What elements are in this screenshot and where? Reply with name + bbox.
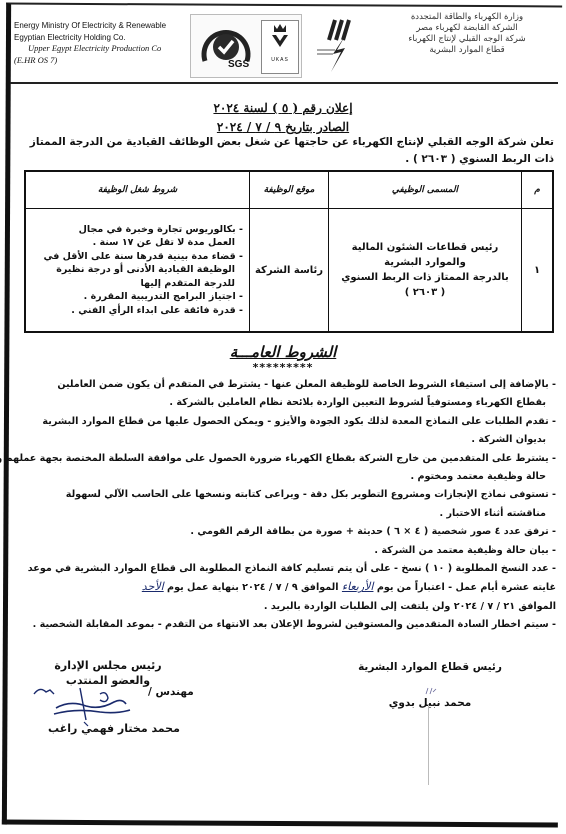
announcement-title-block: إعلان رقم ( ٥ ) لسنة ٢٠٢٤ الصادر بتاريخ …	[0, 97, 566, 135]
deadline-middle: الموافق ٩ / ٧ / ٢٠٢٤ بنهاية عمل يوم	[167, 582, 339, 593]
hr-sector-ar: قطاع الموارد البشرية	[382, 45, 552, 56]
condition-line: - بالإضافة إلى استيفاء الشروط الخاصة للو…	[20, 376, 556, 394]
letterhead-english: Energy Ministry Of Electricity & Renewab…	[14, 20, 189, 66]
general-conditions-title: الشروط العامـــة	[0, 343, 566, 361]
production-company-en: Upper Egypt Electricity Production Co	[14, 43, 189, 55]
production-company-ar: شركة الوجه القبلي لإنتاج الكهرباء	[382, 34, 552, 45]
initials-mark-icon	[424, 686, 438, 696]
header-job-title: المسمى الوظيفي	[329, 171, 522, 209]
deadline-date-line: الموافق ٢١ / ٧ / ٢٠٢٤ ولن يلتفت إلى الطل…	[20, 598, 556, 616]
ukas-label: UKAS	[262, 57, 298, 63]
signatory-title: رئيس قطاع الموارد البشرية	[350, 660, 510, 674]
job-title-line: بالدرجة الممتاز ذات الربط السنوي	[330, 270, 520, 285]
condition-line: - ترفق عدد ٤ صور شخصية ( ٤ × ٦ ) حديثة +…	[20, 523, 556, 541]
table-row: ١ رئيس قطاعات الشئون المالية والموارد ال…	[25, 209, 553, 333]
certification-logos: SGS UKAS	[190, 14, 302, 78]
engineer-prefix: مهندس /	[148, 686, 194, 698]
condition-line: - يشترط على المتقدمين من خارج الشركة بقط…	[20, 450, 556, 468]
header-divider	[10, 82, 558, 84]
condition-line: - بيان حالة وظيفية معتمد من الشركة .	[20, 542, 556, 560]
chairman-name: محمد مختار فهمي راغب	[44, 722, 184, 735]
handwritten-start-day: الأربعاء	[342, 580, 374, 593]
table-header-row: م المسمى الوظيفي موقع الوظيفة شروط شغل ا…	[25, 171, 553, 209]
deadline-line: غايته عشرة أيام عمل - اعتباراً من يوم ال…	[20, 578, 556, 597]
requirement-line: - قضاء مدة بينية قدرها سنة على الأقل في	[32, 250, 243, 263]
condition-line: حالة وظيفية معتمد ومختوم .	[20, 468, 556, 486]
condition-line: - عدد النسخ المطلوبة ( ١٠ ) نسخ - على أن…	[20, 560, 556, 578]
announcement-intro: تعلن شركة الوجه القبلي لإنتاج الكهرباء ع…	[22, 134, 554, 168]
condition-line: - سيتم اخطار السادة المتقدمين والمستوفين…	[20, 616, 556, 634]
signature-guide-line	[428, 705, 429, 785]
company-lightning-logo-icon	[315, 16, 365, 74]
ministry-name-ar: وزارة الكهرباء والطاقة المتجددة	[382, 12, 552, 23]
job-title-line: رئيس قطاعات الشئون المالية	[330, 240, 520, 255]
announcement-number: إعلان رقم ( ٥ ) لسنة ٢٠٢٤	[213, 100, 352, 116]
holding-company-en: Egyptian Electricity Holding Co.	[14, 32, 189, 44]
announcement-date: الصادر بتاريخ ٩ / ٧ / ٢٠٢٤	[217, 119, 349, 135]
decorative-stars: *********	[0, 361, 566, 374]
signatory-name: محمد نبيل بدوي	[350, 696, 510, 710]
row-job-title: رئيس قطاعات الشئون المالية والموارد البش…	[329, 209, 522, 333]
row-location: رئاسة الشركة	[250, 209, 329, 333]
requirement-line: - اجتياز البرامج التدريبية المقررة .	[32, 290, 243, 303]
requirement-line: العمل مدة لا تقل عن ١٧ سنة .	[32, 236, 243, 249]
job-title-line: والموارد البشرية	[330, 255, 520, 270]
chairman-title-line: رئيس مجلس الإدارة	[38, 658, 178, 673]
ministry-name-en: Energy Ministry Of Electricity & Renewab…	[14, 20, 189, 32]
condition-line: مناقشته أثناء الاختبار .	[20, 505, 556, 523]
row-number: ١	[522, 209, 554, 333]
letterhead: Energy Ministry Of Electricity & Renewab…	[10, 8, 558, 78]
requirement-line: - بكالوريوس تجارة وخبرة في مجال	[32, 223, 243, 236]
requirement-line: للدرجة المتقدم إليها	[32, 277, 243, 290]
header-requirements: شروط شغل الوظيفة	[25, 171, 250, 209]
job-title-line: ( ٢٦٠٣ )	[330, 285, 520, 300]
handwritten-end-day: الأحد	[142, 580, 164, 593]
condition-line: بديوان الشركة .	[20, 431, 556, 449]
condition-line: - تستوفى نماذج الإنجازات ومشروع التطوير …	[20, 486, 556, 504]
condition-line: بقطاع الكهرباء ومستوفياً لشروط التعيين ا…	[20, 394, 556, 412]
general-conditions-list: - بالإضافة إلى استيفاء الشروط الخاصة للو…	[20, 376, 556, 635]
header-location: موقع الوظيفة	[250, 171, 329, 209]
crown-check-icon	[267, 21, 293, 51]
department-code: (E.HR OS 7)	[14, 55, 189, 67]
condition-line: - تقدم الطلبات على النماذج المعدة لذلك ب…	[20, 413, 556, 431]
requirement-line: - قدرة فائقة على ابداء الرأي الفني .	[32, 304, 243, 317]
ukas-logo: UKAS	[261, 20, 299, 74]
sgs-label: SGS	[228, 59, 249, 70]
letterhead-arabic: وزارة الكهرباء والطاقة المتجددة الشركة ا…	[382, 12, 552, 56]
deadline-prefix: غايته عشرة أيام عمل - اعتباراً من يوم	[377, 582, 556, 593]
holding-company-ar: الشركة القابضة لكهرباء مصر	[382, 23, 552, 34]
signature-hr-head: رئيس قطاع الموارد البشرية محمد نبيل بدوي	[350, 660, 510, 710]
row-requirements: - بكالوريوس تجارة وخبرة في مجال العمل مد…	[25, 209, 250, 333]
header-number: م	[522, 171, 554, 209]
jobs-table: م المسمى الوظيفي موقع الوظيفة شروط شغل ا…	[24, 170, 554, 333]
requirement-line: الوظيفة القيادية الأدنى أو درجة نظيرة	[32, 263, 243, 276]
